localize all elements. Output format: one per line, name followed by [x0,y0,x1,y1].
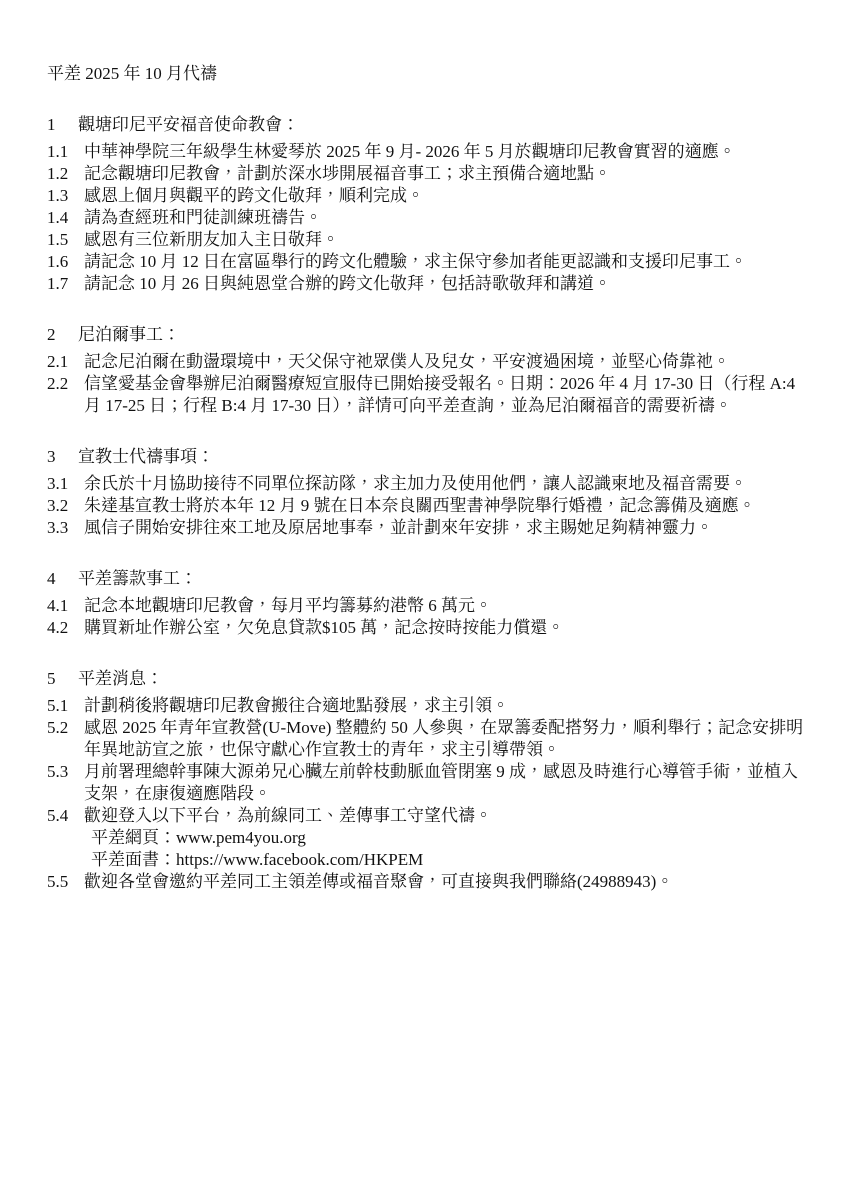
item-text: 感恩有三位新朋友加入主日敬拜。 [84,230,339,249]
item-number: 1.5 [47,229,84,251]
platform-label: 平差面書： [91,850,176,869]
section-heading: 尼泊爾事工： [78,324,811,346]
platform-line: 平差面書：https://www.facebook.com/HKPEM [91,849,811,871]
prayer-item: 5.2 感恩 2025 年青年宣教營(U-Move) 整體約 50 人參與，在眾… [47,717,811,761]
section-header: 2 尼泊爾事工： [47,324,811,346]
item-text: 中華神學院三年級學生林愛琴於 2025 年 9 月- 2026 年 5 月於觀塘… [84,142,736,161]
section-items: 1.1 中華神學院三年級學生林愛琴於 2025 年 9 月- 2026 年 5 … [47,141,811,295]
item-text: 請記念 10 月 12 日在富區舉行的跨文化體驗，求主保守參加者能更認識和支援印… [84,252,747,271]
prayer-item: 3.3 風信子開始安排往來工地及原居地事奉，並計劃來年安排，求主賜她足夠精神靈力… [47,517,811,539]
prayer-item: 1.1 中華神學院三年級學生林愛琴於 2025 年 9 月- 2026 年 5 … [47,141,811,163]
section-number: 2 [47,324,78,346]
item-number: 5.5 [47,871,84,893]
prayer-section: 3 宣教士代禱事項： 3.1 余氏於十月協助接待不同單位探訪隊，求主加力及使用他… [47,446,811,539]
section-items: 2.1 記念尼泊爾在動盪環境中，天父保守祂眾僕人及兒女，平安渡過困境，並堅心倚靠… [47,351,811,417]
item-number: 1.6 [47,251,84,273]
prayer-item: 3.1 余氏於十月協助接待不同單位探訪隊，求主加力及使用他們，讓人認識柬地及福音… [47,473,811,495]
prayer-item: 4.2 購買新址作辦公室，欠免息貸款$105 萬，記念按時按能力償還。 [47,617,811,639]
item-text: 記念觀塘印尼教會，計劃於深水埗開展福音事工；求主預備合適地點。 [84,164,611,183]
item-text: 購買新址作辦公室，欠免息貸款$105 萬，記念按時按能力償還。 [84,618,564,637]
prayer-item: 1.3 感恩上個月與觀平的跨文化敬拜，順利完成。 [47,185,811,207]
platform-url: https://www.facebook.com/HKPEM [176,850,423,869]
item-text: 計劃稍後將觀塘印尼教會搬往合適地點發展，求主引領。 [84,696,509,715]
prayer-item: 1.6 請記念 10 月 12 日在富區舉行的跨文化體驗，求主保守參加者能更認識… [47,251,811,273]
platform-line: 平差網頁：www.pem4you.org [91,827,811,849]
section-header: 4 平差籌款事工： [47,568,811,590]
item-number: 5.4 [47,805,84,871]
item-number: 2.1 [47,351,84,373]
platform-url: www.pem4you.org [176,828,306,847]
section-number: 5 [47,668,78,690]
item-number: 5.3 [47,761,84,805]
item-number: 4.1 [47,595,84,617]
item-text: 歡迎登入以下平台，為前線同工、差傳事工守望代禱。 [84,806,492,825]
prayer-section: 4 平差籌款事工： 4.1 記念本地觀塘印尼教會，每月平均籌募約港幣 6 萬元。… [47,568,811,639]
prayer-item: 4.1 記念本地觀塘印尼教會，每月平均籌募約港幣 6 萬元。 [47,595,811,617]
section-heading: 觀塘印尼平安福音使命教會： [78,114,811,136]
prayer-item: 1.4 請為查經班和門徒訓練班禱告。 [47,207,811,229]
item-number: 3.2 [47,495,84,517]
section-heading: 平差消息： [78,668,811,690]
item-text: 朱達基宣教士將於本年 12 月 9 號在日本奈良關西聖書神學院舉行婚禮，記念籌備… [84,496,756,515]
item-number: 3.1 [47,473,84,495]
prayer-item: 5.5 歡迎各堂會邀約平差同工主領差傳或福音聚會，可直接與我們聯絡(249889… [47,871,811,893]
section-header: 5 平差消息： [47,668,811,690]
prayer-section: 5 平差消息： 5.1 計劃稍後將觀塘印尼教會搬往合適地點發展，求主引領。 5.… [47,668,811,893]
item-number: 1.2 [47,163,84,185]
prayer-item: 5.3 月前署理總幹事陳大源弟兄心臟左前幹枝動脈血管閉塞 9 成，感恩及時進行心… [47,761,811,805]
item-text: 歡迎各堂會邀約平差同工主領差傳或福音聚會，可直接與我們聯絡(24988943)。 [84,872,673,891]
item-text: 感恩 2025 年青年宣教營(U-Move) 整體約 50 人參與，在眾籌委配搭… [84,718,803,759]
item-number: 1.4 [47,207,84,229]
prayer-item: 1.2 記念觀塘印尼教會，計劃於深水埗開展福音事工；求主預備合適地點。 [47,163,811,185]
section-header: 1 觀塘印尼平安福音使命教會： [47,114,811,136]
section-items: 5.1 計劃稍後將觀塘印尼教會搬往合適地點發展，求主引領。 5.2 感恩 202… [47,695,811,893]
item-text: 感恩上個月與觀平的跨文化敬拜，順利完成。 [84,186,424,205]
item-number: 5.1 [47,695,84,717]
item-text: 請為查經班和門徒訓練班禱告。 [84,208,322,227]
sections: 1 觀塘印尼平安福音使命教會： 1.1 中華神學院三年級學生林愛琴於 2025 … [47,114,811,893]
item-text: 風信子開始安排往來工地及原居地事奉，並計劃來年安排，求主賜她足夠精神靈力。 [84,518,713,537]
item-number: 5.2 [47,717,84,761]
item-number: 3.3 [47,517,84,539]
page-title: 平差 2025 年 10 月代禱 [47,63,811,85]
item-number: 4.2 [47,617,84,639]
prayer-item: 1.7 請記念 10 月 26 日與純恩堂合辦的跨文化敬拜，包括詩歌敬拜和講道。 [47,273,811,295]
item-text: 信望愛基金會舉辦尼泊爾醫療短宣服侍已開始接受報名。日期：2026 年 4 月 1… [84,374,795,415]
section-number: 4 [47,568,78,590]
platform-label: 平差網頁： [91,828,176,847]
prayer-item: 2.2 信望愛基金會舉辦尼泊爾醫療短宣服侍已開始接受報名。日期：2026 年 4… [47,373,811,417]
item-text: 記念尼泊爾在動盪環境中，天父保守祂眾僕人及兒女，平安渡過困境，並堅心倚靠祂。 [84,352,730,371]
item-text: 月前署理總幹事陳大源弟兄心臟左前幹枝動脈血管閉塞 9 成，感恩及時進行心導管手術… [84,762,798,803]
item-number: 1.1 [47,141,84,163]
item-number: 1.7 [47,273,84,295]
prayer-item: 5.4 歡迎登入以下平台，為前線同工、差傳事工守望代禱。 平差網頁：www.pe… [47,805,811,871]
section-header: 3 宣教士代禱事項： [47,446,811,468]
prayer-item: 5.1 計劃稍後將觀塘印尼教會搬往合適地點發展，求主引領。 [47,695,811,717]
item-number: 2.2 [47,373,84,417]
prayer-item: 2.1 記念尼泊爾在動盪環境中，天父保守祂眾僕人及兒女，平安渡過困境，並堅心倚靠… [47,351,811,373]
section-heading: 平差籌款事工： [78,568,811,590]
section-items: 3.1 余氏於十月協助接待不同單位探訪隊，求主加力及使用他們，讓人認識柬地及福音… [47,473,811,539]
prayer-item: 1.5 感恩有三位新朋友加入主日敬拜。 [47,229,811,251]
item-text: 請記念 10 月 26 日與純恩堂合辦的跨文化敬拜，包括詩歌敬拜和講道。 [84,274,611,293]
prayer-section: 1 觀塘印尼平安福音使命教會： 1.1 中華神學院三年級學生林愛琴於 2025 … [47,114,811,295]
section-number: 1 [47,114,78,136]
section-number: 3 [47,446,78,468]
prayer-item: 3.2 朱達基宣教士將於本年 12 月 9 號在日本奈良關西聖書神學院舉行婚禮，… [47,495,811,517]
item-number: 1.3 [47,185,84,207]
item-text: 余氏於十月協助接待不同單位探訪隊，求主加力及使用他們，讓人認識柬地及福音需要。 [84,474,747,493]
section-heading: 宣教士代禱事項： [78,446,811,468]
item-sublines: 平差網頁：www.pem4you.org 平差面書：https://www.fa… [91,827,811,871]
document-page: 平差 2025 年 10 月代禱 1 觀塘印尼平安福音使命教會： 1.1 中華神… [0,0,849,1200]
section-items: 4.1 記念本地觀塘印尼教會，每月平均籌募約港幣 6 萬元。 4.2 購買新址作… [47,595,811,639]
prayer-section: 2 尼泊爾事工： 2.1 記念尼泊爾在動盪環境中，天父保守祂眾僕人及兒女，平安渡… [47,324,811,417]
item-text: 記念本地觀塘印尼教會，每月平均籌募約港幣 6 萬元。 [84,596,492,615]
